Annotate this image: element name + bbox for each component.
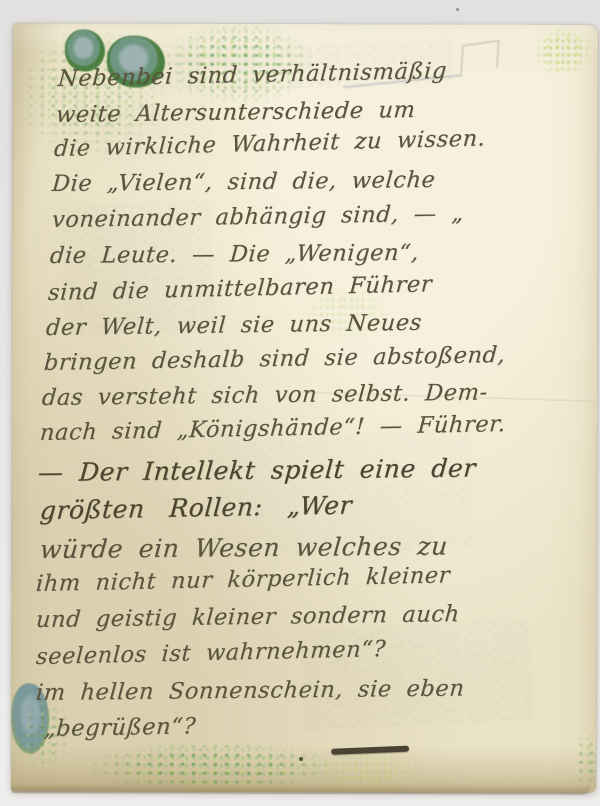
closing-period <box>299 757 303 761</box>
handwriting-line: die Leute. — Die „Wenigen“, <box>49 242 420 268</box>
handwriting-line: würde ein Wesen welches zu <box>39 533 449 562</box>
handwriting-line: das versteht sich von selbst. Dem- <box>41 382 488 410</box>
handwriting-line: voneinander abhängig sind, — „ <box>51 203 464 232</box>
photo-background: Nebenbei sind verhältnismäßig weite Alte… <box>0 0 600 806</box>
handwriting-line: und geistig kleiner sondern auch <box>35 603 460 631</box>
handwriting-line: im hellen Sonnenschein, sie eben <box>35 678 465 705</box>
handwriting-line: der Welt, weil sie uns Neues <box>45 312 423 340</box>
paper-bottom-curl <box>11 783 590 795</box>
dust-speck <box>456 8 459 11</box>
handwriting-line: „begrüßen“? <box>43 715 197 740</box>
pencil-mark <box>460 40 500 74</box>
moss-stain-bottom-right-edge <box>575 731 599 791</box>
handwriting-line: weite Altersunterschiede um <box>55 99 416 127</box>
handwriting-line: — Der Intellekt spielt eine der <box>37 455 477 485</box>
bleedthrough-ghost <box>299 619 534 730</box>
handwriting-line: Die „Vielen“, sind die, welche <box>51 169 436 196</box>
handwriting-line: größten Rollen: „Wer <box>39 493 353 523</box>
moss-stain-top-right-corner <box>533 27 593 77</box>
closing-dash <box>331 746 409 755</box>
